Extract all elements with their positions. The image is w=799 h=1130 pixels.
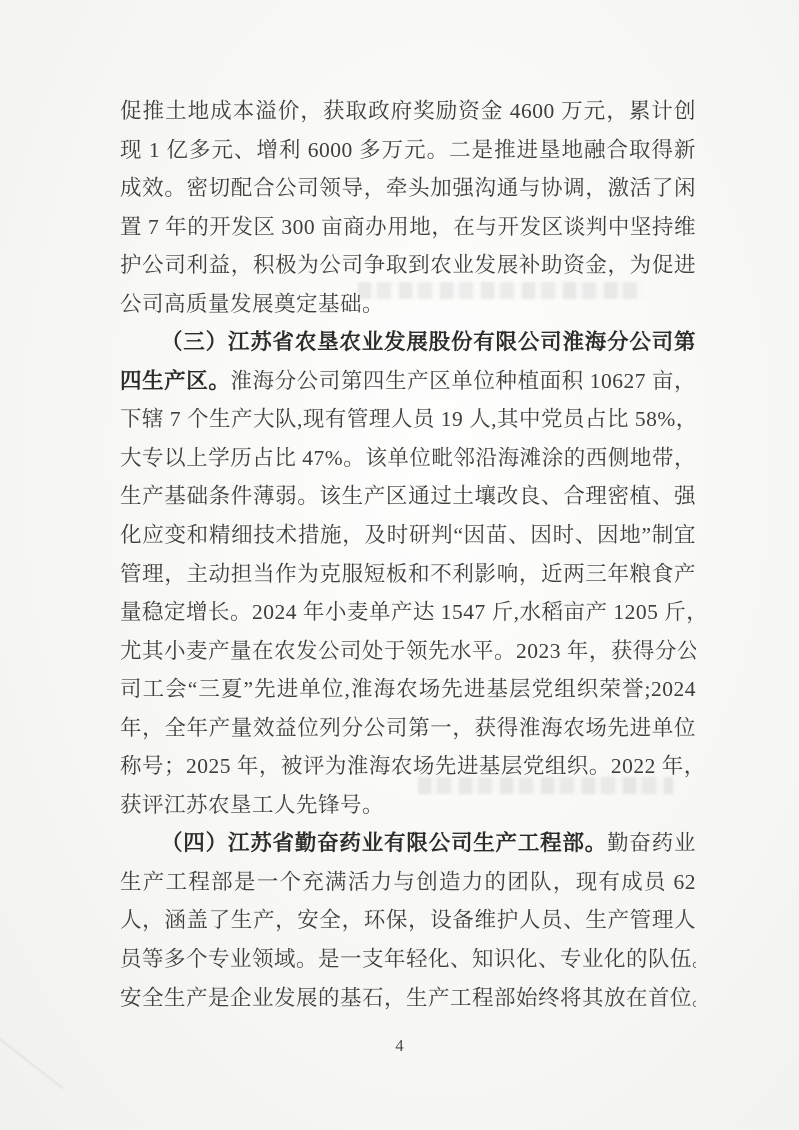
text-line: 化应变和精细技术措施，及时研判“因苗、因时、因地”制宜	[120, 516, 696, 555]
body-text-segment: 大专以上学历占比 47%。该单位毗邻沿海滩涂的西侧地带，	[120, 446, 696, 470]
body-text-segment: 生产工程部是一个充满活力与创造力的团队，现有成员 62	[120, 870, 696, 894]
text-line: 成效。密切配合公司领导，牵头加强沟通与协调，激活了闲	[120, 169, 696, 208]
text-line: 四生产区。淮海分公司第四生产区单位种植面积 10627 亩，	[120, 362, 696, 401]
body-text-segment: 现 1 亿多元、增利 6000 多万元。二是推进垦地融合取得新	[120, 138, 696, 162]
section-heading-text: 四生产区。	[120, 369, 230, 393]
document-page: 促推土地成本溢价，获取政府奖励资金 4600 万元，累计创现 1 亿多元、增利 …	[0, 0, 799, 1130]
body-text-segment: 生产基础条件薄弱。该生产区通过土壤改良、合理密植、强	[120, 484, 696, 508]
text-line: 促推土地成本溢价，获取政府奖励资金 4600 万元，累计创	[120, 92, 696, 131]
body-text-segment: 安全生产是企业发展的基石，生产工程部始终将其放在首位。	[120, 986, 696, 1010]
text-line: 管理，主动担当作为克服短板和不利影响，近两三年粮食产	[120, 555, 696, 594]
text-line: 员等多个专业领域。是一支年轻化、知识化、专业化的队伍。	[120, 940, 696, 979]
body-text-segment: 化应变和精细技术措施，及时研判“因苗、因时、因地”制宜	[120, 523, 696, 547]
text-line: 司工会“三夏”先进单位,淮海农场先进基层党组织荣誉;2024	[120, 670, 696, 709]
text-line: 现 1 亿多元、增利 6000 多万元。二是推进垦地融合取得新	[120, 131, 696, 170]
text-line: 人，涵盖了生产，安全，环保，设备维护人员、生产管理人	[120, 901, 696, 940]
body-text-segment: 淮海分公司第四生产区单位种植面积 10627 亩，	[230, 369, 696, 393]
text-line: 量稳定增长。2024 年小麦单产达 1547 斤,水稻亩产 1205 斤，	[120, 593, 696, 632]
body-text-segment: 下辖 7 个生产大队,现有管理人员 19 人,其中党员占比 58%，	[120, 407, 696, 431]
text-line: 下辖 7 个生产大队,现有管理人员 19 人,其中党员占比 58%，	[120, 400, 696, 439]
ink-bleed-through-artifact	[358, 282, 644, 299]
body-text-segment: 成效。密切配合公司领导，牵头加强沟通与协调，激活了闲	[120, 176, 696, 200]
body-text-segment: 称号；2025 年，被评为淮海农场先进基层党组织。2022 年，	[120, 754, 696, 778]
section-heading-text: （四）江苏省勤奋药业有限公司生产工程部。	[161, 831, 607, 855]
body-text-segment: 促推土地成本溢价，获取政府奖励资金 4600 万元，累计创	[120, 99, 696, 123]
body-text-segment: 尤其小麦产量在农发公司处于领先水平。2023 年，获得分公	[120, 639, 696, 663]
body-text-column: 促推土地成本溢价，获取政府奖励资金 4600 万元，累计创现 1 亿多元、增利 …	[120, 92, 696, 1017]
body-text-segment: 量稳定增长。2024 年小麦单产达 1547 斤,水稻亩产 1205 斤，	[120, 600, 696, 624]
text-line: （四）江苏省勤奋药业有限公司生产工程部。勤奋药业	[120, 824, 696, 863]
ink-bleed-through-artifact	[418, 777, 673, 794]
text-line: 尤其小麦产量在农发公司处于领先水平。2023 年，获得分公	[120, 632, 696, 671]
body-text-segment: 年，全年产量效益位列分公司第一，获得淮海农场先进单位	[120, 716, 696, 740]
text-line: 生产工程部是一个充满活力与创造力的团队，现有成员 62	[120, 863, 696, 902]
text-line: 置 7 年的开发区 300 亩商办用地，在与开发区谈判中坚持维	[120, 208, 696, 247]
text-line: 护公司利益，积极为公司争取到农业发展补助资金，为促进	[120, 246, 696, 285]
text-line: 生产基础条件薄弱。该生产区通过土壤改良、合理密植、强	[120, 477, 696, 516]
text-line: 年，全年产量效益位列分公司第一，获得淮海农场先进单位	[120, 709, 696, 748]
text-line: （三）江苏省农垦农业发展股份有限公司淮海分公司第	[120, 323, 696, 362]
body-text-segment: 置 7 年的开发区 300 亩商办用地，在与开发区谈判中坚持维	[120, 215, 696, 239]
body-text-segment: 管理，主动担当作为克服短板和不利影响，近两三年粮食产	[120, 562, 696, 586]
body-text-segment: 司工会“三夏”先进单位,淮海农场先进基层党组织荣誉;2024	[120, 677, 696, 701]
body-text-segment: 公司高质量发展奠定基础。	[120, 292, 384, 316]
body-text-segment: 勤奋药业	[607, 831, 696, 855]
body-text-segment: 员等多个专业领域。是一支年轻化、知识化、专业化的队伍。	[120, 947, 696, 971]
body-text-segment: 获评江苏农垦工人先锋号。	[120, 793, 384, 817]
text-line: 大专以上学历占比 47%。该单位毗邻沿海滩涂的西侧地带，	[120, 439, 696, 478]
section-heading-text: （三）江苏省农垦农业发展股份有限公司淮海分公司第	[161, 330, 696, 354]
body-text-segment: 护公司利益，积极为公司争取到农业发展补助资金，为促进	[120, 253, 696, 277]
body-text-segment: 人，涵盖了生产，安全，环保，设备维护人员、生产管理人	[120, 908, 696, 932]
text-line: 安全生产是企业发展的基石，生产工程部始终将其放在首位。	[120, 979, 696, 1018]
page-number: 4	[0, 1036, 799, 1056]
